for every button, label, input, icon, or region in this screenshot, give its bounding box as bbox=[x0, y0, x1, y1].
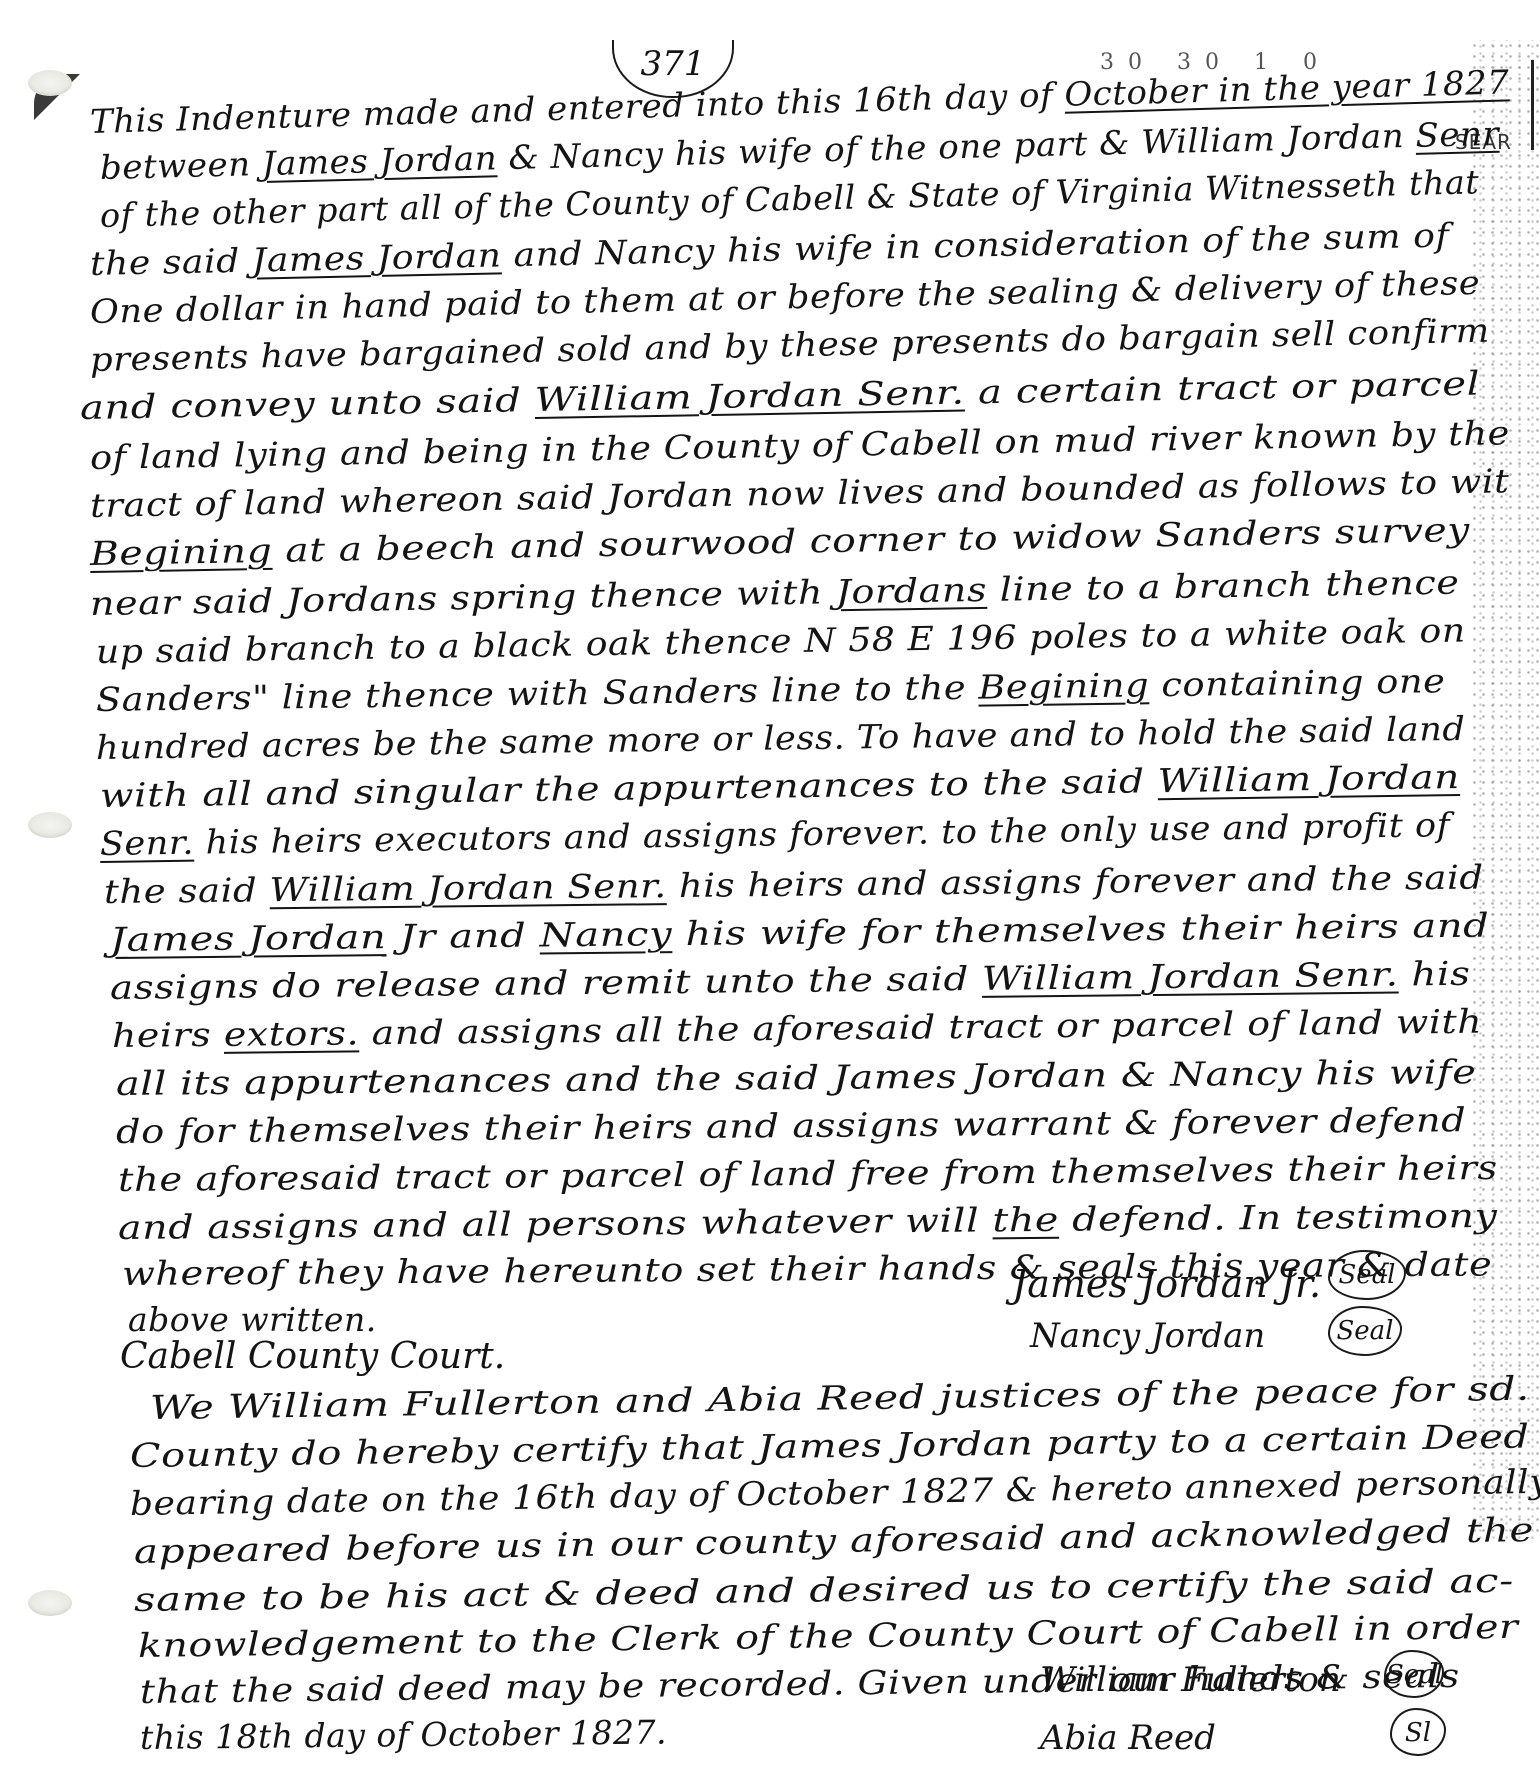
line-text: Sanders" line thence with Sanders line t… bbox=[96, 668, 979, 719]
certificate-line: this 18th day of October 1827. bbox=[140, 1712, 667, 1757]
line-text: above written. bbox=[128, 1300, 377, 1339]
line-text: his heirs executors and assigns forever.… bbox=[194, 805, 1451, 862]
line-text: near said Jordans spring thence with bbox=[90, 572, 836, 623]
seal-mark: Seal bbox=[1328, 1306, 1402, 1356]
line-text: Jr and bbox=[386, 916, 540, 957]
line-text: do for themselves their heirs and assign… bbox=[116, 1100, 1467, 1151]
underlined-name: William Jordan bbox=[1157, 757, 1460, 800]
deed-line: above written. bbox=[128, 1300, 377, 1339]
line-text: his wife for themselves their heirs and bbox=[672, 906, 1490, 954]
deed-line: Senr. his heirs executors and assigns fo… bbox=[100, 805, 1451, 863]
line-text: his heirs and assigns forever and the sa… bbox=[666, 858, 1483, 906]
underlined-name: extors. bbox=[224, 1013, 360, 1053]
deed-line: the aforesaid tract or parcel of land fr… bbox=[118, 1148, 1498, 1199]
certificate-line: We William Fullerton and Abia Reed justi… bbox=[150, 1369, 1530, 1427]
underlined-name: Jordans bbox=[835, 570, 987, 611]
line-text: the aforesaid tract or parcel of land fr… bbox=[118, 1148, 1498, 1199]
signature-william-fullerton: William Fullerton bbox=[1040, 1660, 1341, 1700]
underlined-name: James Jordan bbox=[110, 917, 387, 959]
underlined-name: Begining bbox=[90, 531, 273, 573]
line-text: the said bbox=[90, 241, 253, 283]
deed-line: Sanders" line thence with Sanders line t… bbox=[96, 661, 1446, 719]
deed-line: with all and singular the appurtenances … bbox=[100, 757, 1460, 815]
signature-nancy-jordan: Nancy Jordan bbox=[1030, 1316, 1265, 1356]
line-text: and assigns all the aforesaid tract or p… bbox=[359, 1002, 1483, 1053]
signature-james-jordan: James Jordan Jr. bbox=[1012, 1262, 1321, 1306]
deed-line: James Jordan Jr and Nancy his wife for t… bbox=[110, 906, 1490, 959]
line-text: containing one bbox=[1149, 661, 1446, 704]
line-text: a certain tract or parcel bbox=[964, 364, 1480, 412]
line-text: hundred acres be the same more or less. … bbox=[96, 709, 1466, 767]
line-text: defend. In testimony bbox=[1059, 1196, 1498, 1239]
underlined-name: William Jordan Senr. bbox=[982, 955, 1399, 998]
line-text: and convey unto said bbox=[80, 380, 535, 427]
line-text: at a beech and sourwood corner to widow … bbox=[272, 510, 1470, 570]
seal-mark: Seal bbox=[1328, 1250, 1406, 1300]
seal-mark: Sl bbox=[1390, 1708, 1446, 1756]
line-text: assigns do release and remit unto the sa… bbox=[110, 959, 982, 1007]
underlined-name: Senr bbox=[1415, 114, 1500, 155]
deed-line: the said William Jordan Senr. his heirs … bbox=[104, 858, 1484, 911]
line-text: the said bbox=[104, 870, 270, 911]
punch-hole-icon bbox=[28, 70, 72, 96]
deed-line: all its appurtenances and the said James… bbox=[116, 1052, 1477, 1103]
line-text: his bbox=[1398, 954, 1470, 994]
line-text: with all and singular the appurtenances … bbox=[100, 761, 1158, 815]
punch-hole-icon bbox=[28, 1590, 72, 1616]
underlined-name: Nancy bbox=[539, 914, 672, 954]
deed-line: heirs extors. and assigns all the afores… bbox=[112, 1002, 1483, 1055]
underlined-name: William Jordan Senr. bbox=[269, 866, 666, 909]
signature-abia-reed: Abia Reed bbox=[1040, 1718, 1216, 1758]
scan-noise bbox=[1470, 40, 1540, 1540]
underlined-name: Begining bbox=[978, 665, 1149, 706]
underlined-name: Senr. bbox=[100, 823, 194, 863]
punch-hole-icon bbox=[28, 812, 72, 838]
deed-line: hundred acres be the same more or less. … bbox=[96, 709, 1466, 767]
line-text: heirs bbox=[112, 1015, 224, 1055]
deed-line: do for themselves their heirs and assign… bbox=[116, 1100, 1467, 1151]
deed-line: and assigns and all persons whatever wil… bbox=[118, 1196, 1498, 1247]
line-text: all its appurtenances and the said James… bbox=[116, 1052, 1477, 1103]
underlined-name: James Jordan bbox=[251, 235, 502, 279]
line-text: line to a branch thence bbox=[987, 562, 1460, 608]
underlined-name: James Jordan bbox=[261, 138, 497, 183]
underlined-name: William Jordan Senr. bbox=[534, 373, 965, 419]
scan-edge bbox=[1531, 60, 1534, 150]
underlined-name: the bbox=[992, 1200, 1059, 1240]
deed-line: assigns do release and remit unto the sa… bbox=[110, 954, 1471, 1007]
certificate-heading: Cabell County Court. bbox=[120, 1336, 505, 1377]
line-text: and assigns and all persons whatever wil… bbox=[118, 1200, 993, 1247]
deed-page: 371 30 30 1 0 SEAR This Indenture made a… bbox=[0, 0, 1540, 1773]
line-text: between bbox=[100, 144, 263, 187]
